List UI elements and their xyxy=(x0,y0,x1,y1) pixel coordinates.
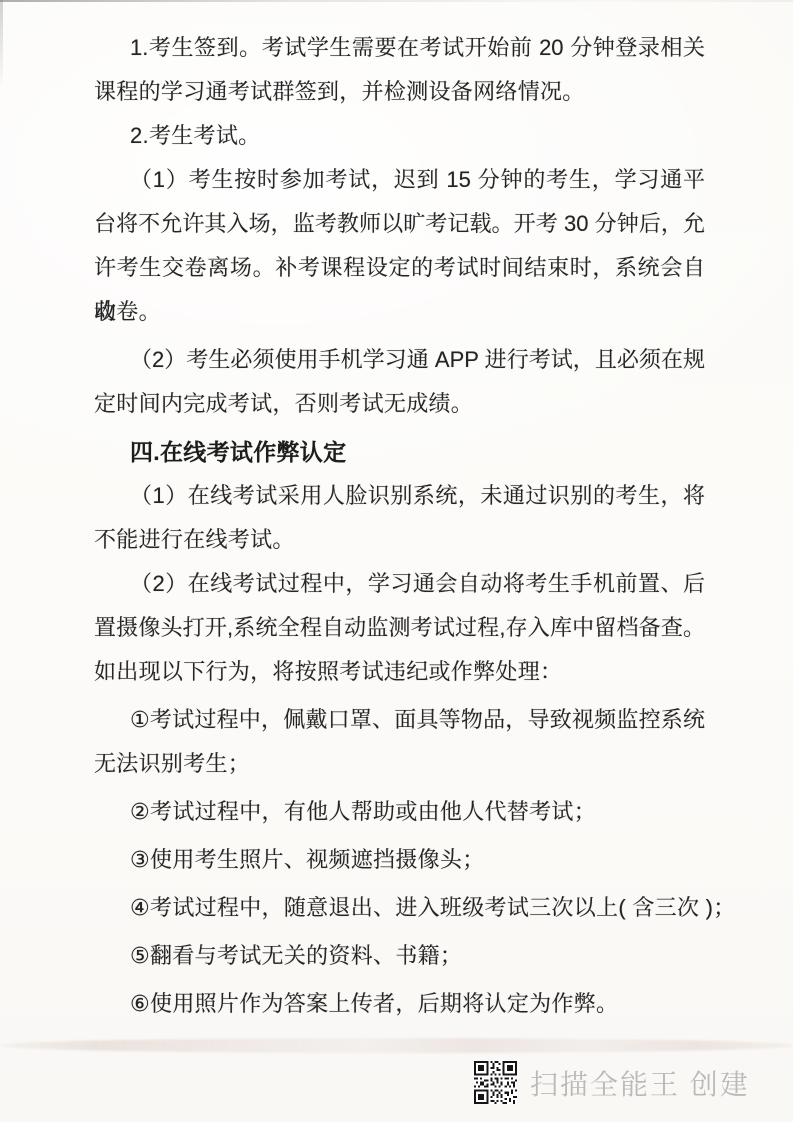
document-line: （1）在线考试采用人脸识别系统，未通过识别的考生，将 xyxy=(94,474,705,518)
document-line: ②考试过程中，有他人帮助或由他人代替考试； xyxy=(94,790,705,834)
document-line: ④考试过程中，随意退出、进入班级考试三次以上( 含三次 )； xyxy=(94,886,705,930)
section-heading-line: 四.在线考试作弊认定 xyxy=(94,430,705,474)
document-line: 许考生交卷离场。补考课程设定的考试时间结束时，系统会自动 xyxy=(94,246,705,290)
document-line: 收卷。 xyxy=(94,290,705,334)
document-line: 置摄像头打开,系统全程自动监测考试过程,存入库中留档备查。 xyxy=(94,606,705,650)
scan-edge-left xyxy=(0,0,3,90)
document-line: （2）在线考试过程中，学习通会自动将考生手机前置、后 xyxy=(94,562,705,606)
scanned-document-page: 1.考生签到。考试学生需要在考试开始前 20 分钟登录相关课程的学习通考试群签到… xyxy=(0,0,793,1122)
document-line: ⑥使用照片作为答案上传者，后期将认定为作弊。 xyxy=(94,982,705,1026)
document-line: 无法识别考生； xyxy=(94,742,705,786)
qr-code-icon xyxy=(474,1061,517,1104)
document-line: （2）考生必须使用手机学习通 APP 进行考试，且必须在规 xyxy=(94,338,705,382)
document-line: （1）考生按时参加考试，迟到 15 分钟的考生，学习通平 xyxy=(94,158,705,202)
document-line: 定时间内完成考试，否则考试无成绩。 xyxy=(94,382,705,426)
document-line: 1.考生签到。考试学生需要在考试开始前 20 分钟登录相关 xyxy=(94,26,705,70)
document-line: ①考试过程中，佩戴口罩、面具等物品，导致视频监控系统 xyxy=(94,698,705,742)
scan-edge-top xyxy=(0,0,793,2)
document-line: ⑤翻看与考试无关的资料、书籍； xyxy=(94,934,705,978)
document-text: 1.考生签到。考试学生需要在考试开始前 20 分钟登录相关课程的学习通考试群签到… xyxy=(94,26,705,1026)
document-line: ③使用考生照片、视频遮挡摄像头； xyxy=(94,838,705,882)
document-line: 台将不允许其入场，监考教师以旷考记载。开考 30 分钟后，允 xyxy=(94,202,705,246)
scanner-watermark: 扫描全能王 创建 xyxy=(474,1061,750,1104)
watermark-label: 扫描全能王 创建 xyxy=(530,1063,750,1103)
document-line: 如出现以下行为，将按照考试违纪或作弊处理： xyxy=(94,650,705,694)
document-line: 课程的学习通考试群签到，并检测设备网络情况。 xyxy=(94,70,705,114)
document-line: 不能进行在线考试。 xyxy=(94,518,705,562)
scan-artifact-band xyxy=(0,1038,793,1053)
document-line: 2.考生考试。 xyxy=(94,114,705,158)
